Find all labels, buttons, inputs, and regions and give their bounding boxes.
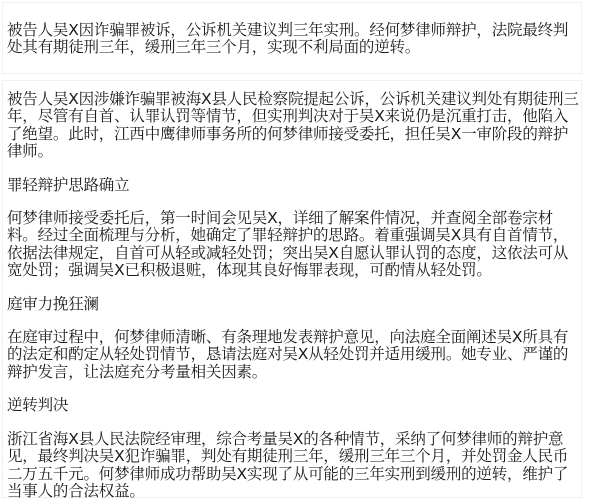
summary-text: 被告人吴X因诈骗罪被诉，公诉机关建议判三年实刑。经何梦律师辩护，法院最终判处其有… — [7, 22, 581, 57]
section-body-trial: 在庭审过程中，何梦律师清晰、有条理地发表辩护意见，向法庭全面阐述吴X所具有的法定… — [7, 329, 581, 381]
section-heading-light-defense: 罪轻辩护思路确立 — [7, 177, 581, 194]
article-card: 被告人吴X因涉嫌诈骗罪被海X县人民检察院提起公诉，公诉机关建议判处有期徒刑三年，… — [2, 80, 582, 498]
section-body-verdict: 浙江省海X县人民法院经审理，综合考量吴X的各种情节，采纳了何梦律师的辩护意见，最… — [7, 431, 581, 500]
section-heading-verdict: 逆转判决 — [7, 397, 581, 414]
section-body-light-defense: 何梦律师接受委托后，第一时间会见吴X，详细了解案件情况，并查阅全部卷宗材料。经过… — [7, 210, 581, 280]
section-heading-trial: 庭审力挽狂澜 — [7, 296, 581, 313]
intro-paragraph: 被告人吴X因涉嫌诈骗罪被海X县人民检察院提起公诉，公诉机关建议判处有期徒刑三年，… — [7, 91, 581, 161]
summary-card: 被告人吴X因诈骗罪被诉，公诉机关建议判三年实刑。经何梦律师辩护，法院最终判处其有… — [2, 2, 582, 74]
